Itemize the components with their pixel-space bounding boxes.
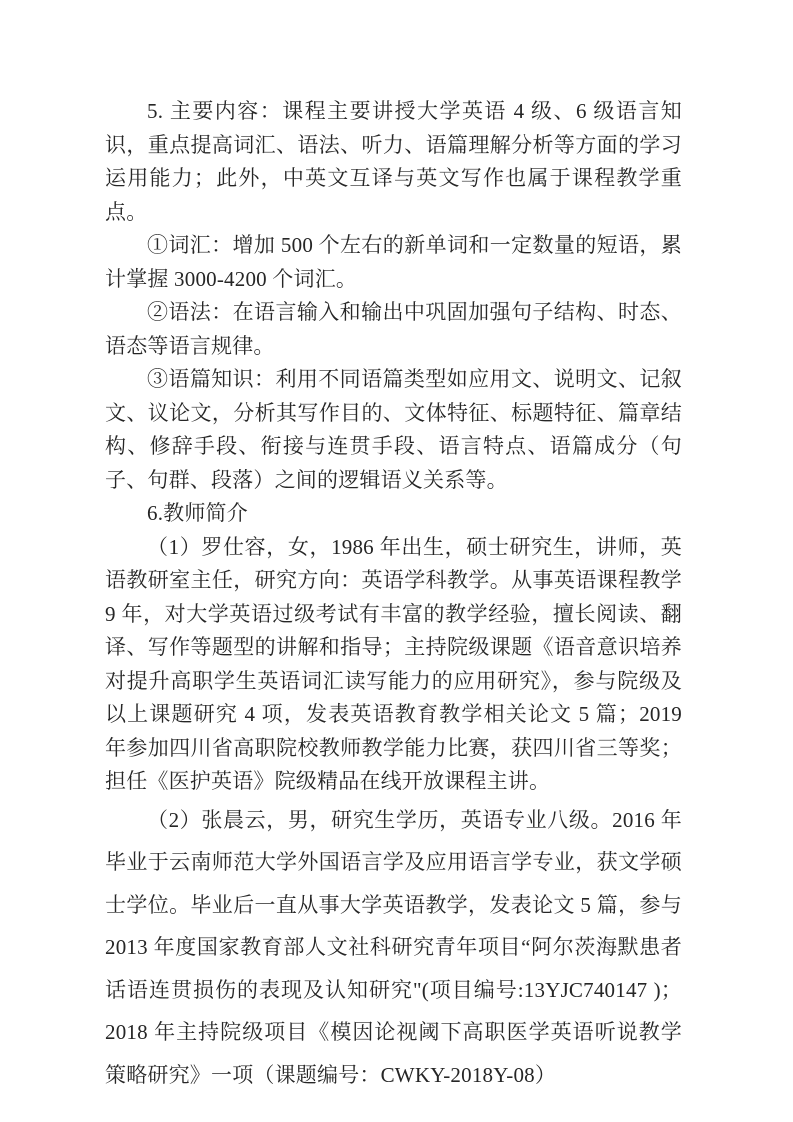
teacher-2-zhang-chenyun: （2）张晨云，男，研究生学历，英语专业八级。2016 年毕业于云南师范大学外国语… <box>105 799 682 1097</box>
document-body: 5. 主要内容：课程主要讲授大学英语 4 级、6 级语言知识，重点提高词汇、语法… <box>105 95 682 1096</box>
item-1-vocabulary: ①词汇：增加 500 个左右的新单词和一定数量的短语，累计掌握 3000-420… <box>105 229 682 296</box>
item-3-discourse-knowledge: ③语篇知识：利用不同语篇类型如应用文、说明文、记叙文、议论文，分析其写作目的、文… <box>105 363 682 497</box>
teacher-1-luo-shirong: （1）罗仕容，女，1986 年出生，硕士研究生，讲师，英语教研室主任，研究方向：… <box>105 531 682 799</box>
section-6-teacher-intro-heading: 6.教师简介 <box>105 497 682 531</box>
document-page: 5. 主要内容：课程主要讲授大学英语 4 级、6 级语言知识，重点提高词汇、语法… <box>0 0 793 1122</box>
item-2-grammar: ②语法：在语言输入和输出中巩固加强句子结构、时态、语态等语言规律。 <box>105 296 682 363</box>
section-5-main-content: 5. 主要内容：课程主要讲授大学英语 4 级、6 级语言知识，重点提高词汇、语法… <box>105 95 682 229</box>
